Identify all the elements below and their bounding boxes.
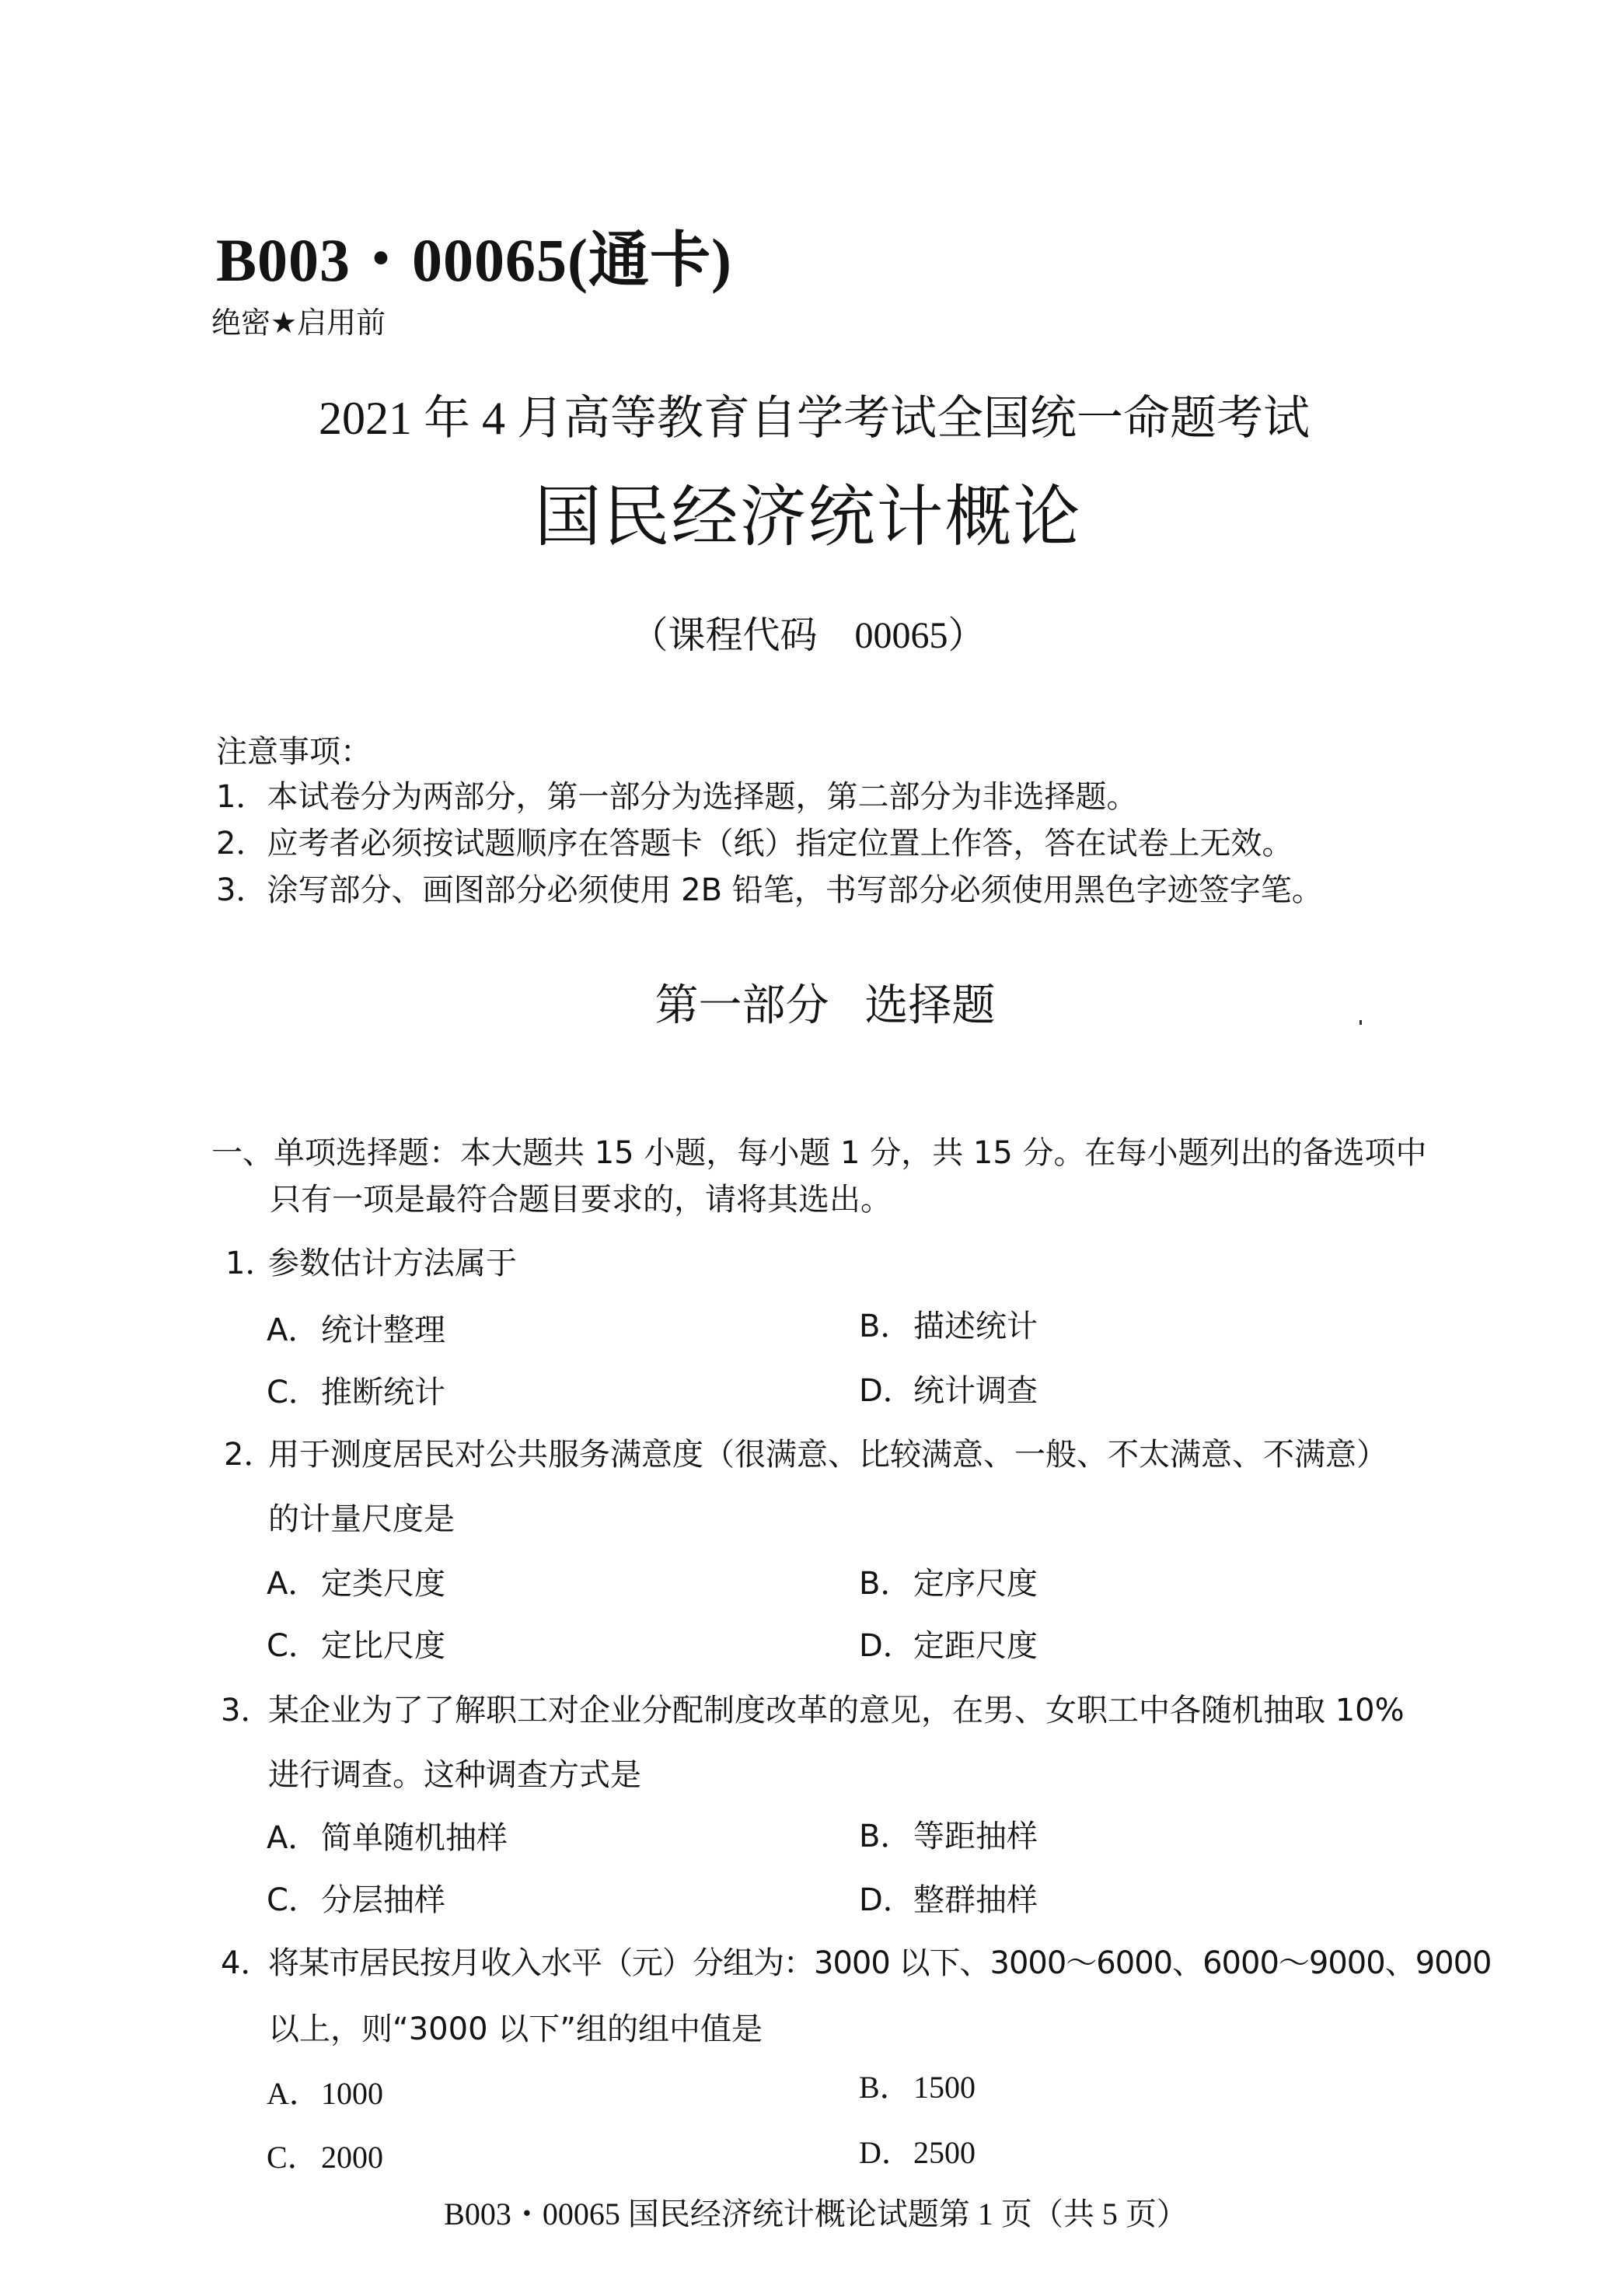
part-one-heading-right: 选择题 bbox=[865, 980, 996, 1031]
question-1-text: 参数估计方法属于 bbox=[268, 1248, 517, 1279]
option-letter: D． bbox=[859, 1375, 913, 1407]
option-text: 1000 bbox=[321, 2076, 383, 2111]
option-text: 定比尺度 bbox=[321, 1628, 445, 1664]
notice-item-2: 2．应考者必须按试题顺序在答题卡（纸）指定位置上作答，答在试卷上无效。 bbox=[216, 828, 1293, 859]
question-4-option-c[interactable]: C．2000 bbox=[267, 2142, 383, 2173]
section-instructions-line2: 只有一项是最符合题目要求的，请将其选出。 bbox=[270, 1184, 892, 1215]
option-letter: A． bbox=[267, 1315, 321, 1346]
option-letter: B． bbox=[859, 1568, 913, 1599]
question-3-text-line2: 进行调查。这种调查方式是 bbox=[268, 1760, 641, 1791]
question-2-option-d[interactable]: D．定距尺度 bbox=[859, 1630, 1038, 1662]
question-3-option-d[interactable]: D．整群抽样 bbox=[859, 1885, 1038, 1916]
question-4-option-b[interactable]: B．1500 bbox=[859, 2072, 976, 2103]
question-2-option-b[interactable]: B．定序尺度 bbox=[859, 1568, 1038, 1599]
option-letter: C． bbox=[267, 1885, 321, 1916]
secrecy-label: 绝密★启用前 bbox=[211, 308, 386, 337]
option-letter: B． bbox=[859, 1311, 913, 1342]
question-2-number: 2． bbox=[224, 1439, 274, 1470]
part-one-heading: 第一部分选择题 bbox=[0, 984, 1616, 1028]
notice-heading: 注意事项： bbox=[216, 736, 372, 767]
option-text: 等距抽样 bbox=[913, 1819, 1038, 1854]
question-3-option-b[interactable]: B．等距抽样 bbox=[859, 1821, 1038, 1852]
exam-subtitle: 2021 年 4 月高等教育自学考试全国统一命题考试 bbox=[0, 395, 1616, 442]
notice-item-1: 1．本试卷分为两部分，第一部分为选择题，第二部分为非选择题。 bbox=[216, 781, 1137, 813]
question-2-option-c[interactable]: C．定比尺度 bbox=[267, 1630, 445, 1662]
question-1-option-d[interactable]: D．统计调查 bbox=[859, 1375, 1038, 1407]
question-4-text-line2: 以上，则“3000 以下”组的组中值是 bbox=[268, 2014, 763, 2045]
option-letter: C． bbox=[267, 1377, 321, 1408]
question-3-option-a[interactable]: A．简单随机抽样 bbox=[267, 1822, 508, 1854]
option-text: 统计调查 bbox=[913, 1373, 1038, 1409]
option-text: 2500 bbox=[913, 2135, 976, 2170]
question-4-option-a[interactable]: A．1000 bbox=[267, 2078, 383, 2109]
question-4-option-d[interactable]: D．2500 bbox=[859, 2137, 976, 2168]
option-letter: D． bbox=[859, 2137, 913, 2168]
question-2-text-line2: 的计量尺度是 bbox=[268, 1504, 455, 1535]
option-letter: A． bbox=[267, 2078, 321, 2109]
question-1-option-a[interactable]: A．统计整理 bbox=[267, 1315, 445, 1346]
option-text: 简单随机抽样 bbox=[321, 1820, 508, 1856]
question-2-text-line1: 用于测度居民对公共服务满意度（很满意、比较满意、一般、不太满意、不满意） bbox=[268, 1439, 1387, 1470]
page-footer: B003・00065 国民经济统计概论试题第 1 页（共 5 页） bbox=[0, 2199, 1616, 2230]
option-text: 定类尺度 bbox=[321, 1566, 445, 1602]
option-text: 定距尺度 bbox=[913, 1628, 1038, 1664]
option-letter: C． bbox=[267, 2142, 321, 2173]
exam-title: 国民经济统计概论 bbox=[0, 484, 1616, 550]
part-one-heading-left: 第一部分 bbox=[655, 980, 829, 1031]
question-3-option-c[interactable]: C．分层抽样 bbox=[267, 1885, 445, 1916]
option-text: 推断统计 bbox=[321, 1375, 445, 1410]
section-instructions-line1: 一、单项选择题：本大题共 15 小题，每小题 1 分，共 15 分。在每小题列出… bbox=[211, 1138, 1427, 1169]
question-2-option-a[interactable]: A．定类尺度 bbox=[267, 1568, 445, 1599]
option-text: 定序尺度 bbox=[913, 1566, 1038, 1602]
course-code: （课程代码 00065） bbox=[0, 617, 1616, 655]
scan-artifact-dot bbox=[1359, 1020, 1362, 1025]
option-letter: A． bbox=[267, 1568, 321, 1599]
option-letter: D． bbox=[859, 1885, 913, 1916]
question-3-text-line1: 某企业为了了解职工对企业分配制度改革的意见，在男、女职工中各随机抽取 10% bbox=[268, 1695, 1405, 1726]
question-1-option-c[interactable]: C．推断统计 bbox=[267, 1377, 445, 1408]
option-letter: D． bbox=[859, 1630, 913, 1662]
option-letter: A． bbox=[267, 1822, 321, 1854]
question-4-number: 4． bbox=[221, 1948, 271, 1979]
question-3-number: 3． bbox=[221, 1695, 271, 1726]
option-text: 2000 bbox=[321, 2140, 383, 2175]
notice-item-3: 3．涂写部分、画图部分必须使用 2B 铅笔，书写部分必须使用黑色字迹签字笔。 bbox=[216, 875, 1323, 906]
option-letter: B． bbox=[859, 1821, 913, 1852]
option-letter: C． bbox=[267, 1630, 321, 1662]
option-letter: B． bbox=[859, 2072, 913, 2103]
option-text: 描述统计 bbox=[913, 1309, 1038, 1344]
option-text: 统计整理 bbox=[321, 1312, 445, 1348]
paper-code: B003・00065(通卡) bbox=[216, 230, 732, 291]
option-text: 1500 bbox=[913, 2070, 976, 2105]
question-4-text-line1: 将某市居民按月收入水平（元）分组为：3000 以下、3000～6000、6000… bbox=[268, 1948, 1492, 1979]
option-text: 整群抽样 bbox=[913, 1882, 1038, 1918]
question-1-option-b[interactable]: B．描述统计 bbox=[859, 1311, 1038, 1342]
option-text: 分层抽样 bbox=[321, 1882, 445, 1918]
